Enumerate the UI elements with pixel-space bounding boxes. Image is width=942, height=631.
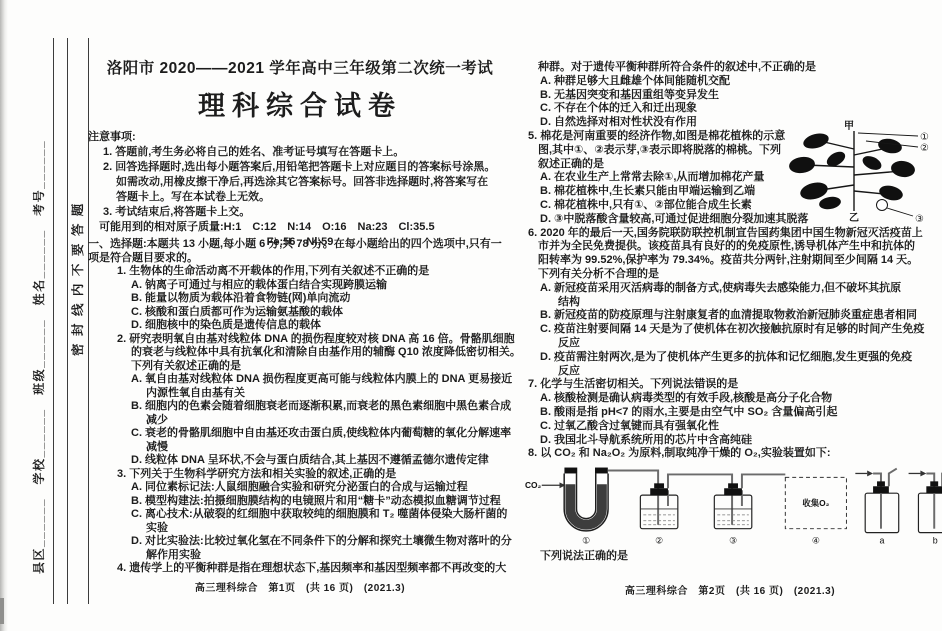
question-text-line: 4. 遗传学上的平衡种群是指在理想状态下,基因频率和基因型频率都不再改变的大 <box>117 562 512 576</box>
question-text-line: 市并为全民免费提供。该疫苗具有良好的的免疫原性,诱导机体产生中和抗体的 <box>538 240 942 254</box>
question-text-line: B. 无基因突变和基因重组等变异发生 <box>540 89 942 103</box>
question-text-line: D. 我国北斗导航系统所用的芯片中含高纯硅 <box>540 434 942 448</box>
seal-line <box>53 38 54 604</box>
question-text-line: B. 模型构建法:拍摄细胞膜结构的电镜照片和用“糖卡”动态模拟血糖调节过程 <box>131 495 512 509</box>
question-text-line: C. 离心技术:从破裂的红细胞中获取较纯的细胞膜和 T₂ 噬菌体侵染大肠杆菌的 <box>131 508 512 522</box>
question-text-line: B. 新冠疫苗的防疫原理与注射康复者的血清提取物救治新冠肺炎重症患者相同 <box>540 309 942 323</box>
question-text-line: C. 衰老的骨骼肌细胞中自由基还攻击蛋白质,使线粒体内葡萄糖的氧化分解速率 <box>131 427 512 441</box>
scan-edge-mark <box>0 598 4 624</box>
question-text-line: 6. 2020 年的最后一天,国务院联防联控机制宣告国药集团中国生物新冠灭活疫苗… <box>528 227 942 241</box>
u-tube <box>564 468 607 525</box>
question-text-line: A. 同位素标记法:人鼠细胞融合实验和研究分泌蛋白的合成与运输过程 <box>131 481 512 495</box>
student-info-fields: 县区______ 学校______ 班级______ 姓名______ 考号__… <box>30 94 47 574</box>
notice-line: 可能用到的相对原子质量:H:1 C:12 N:14 O:16 Na:23 Cl:… <box>99 220 512 235</box>
question-text-line: 3. 下列关于生物科学研究方法和相关实验的叙述,正确的是 <box>117 468 512 482</box>
notice-header: 注意事项: <box>88 130 512 145</box>
question-text-line: A. 氧自由基对线粒体 DNA 损伤程度更高可能与线粒体内膜上的 DNA 更易接… <box>131 373 512 387</box>
question-text-line: B. 酸雨是指 pH<7 的雨水,主要是由空气中 SO₂ 含量偏高引起 <box>540 406 942 420</box>
svg-text:①: ① <box>582 536 590 546</box>
question-text-line: 种群。对于遗传平衡种群所符合条件的叙述中,不正确的是 <box>538 61 942 75</box>
page-1: 洛阳市 2020——2021 学年高中三年级第二次统一考试 理科综合试卷 注意事… <box>88 52 512 612</box>
question-text-line: D. 对比实验法:比较过氧化氢在不同条件下的分解和探究土壤微生物对落叶的分 <box>131 535 512 549</box>
question-text-line: 7. 化学与生活密切相关。下列说法错误的是 <box>528 378 942 392</box>
question-text-line: B. 能量以物质为载体沿着食物链(网)单向流动 <box>131 292 512 306</box>
question-text-line: 阳转率为 99.52%,保护率为 79.34%。疫苗共分两针,注射期间至少间隔 … <box>538 254 942 268</box>
label-circle-3: ③ <box>915 214 924 223</box>
paper-title: 理科综合试卷 <box>88 84 512 123</box>
notice-section: 注意事项: 1. 答题前,考生务必将自己的姓名、准考证号填写在答题卡上。2. 回… <box>88 130 512 250</box>
question-text-line: 结构 <box>558 296 942 310</box>
question-text-line: A. 种群足够大且雌雄个体间能随机交配 <box>540 75 942 89</box>
question-text-line: 8. 以 CO₂ 和 Na₂O₂ 为原料,制取纯净干燥的 O₂,实验装置如下: <box>528 447 942 461</box>
notice-line: 3. 考试结束后,将答题卡上交。 <box>103 205 512 220</box>
question-text-line: A. 钠离子可通过与相应的载体蛋白结合实现跨膜运输 <box>131 279 512 293</box>
question-text-line: 的衰老与线粒体中具有抗氧化和清除自由基作用的辅酶 Q10 浓度降低密切相关。 <box>131 346 512 360</box>
label-yi: 乙 <box>849 212 859 223</box>
page1-footer: 高三理科综合 第1页 (共 16 页) (2021.3) <box>88 579 512 594</box>
question-text-line: 内源性氧自由基有关 <box>146 387 512 401</box>
question-text-line: 一、选择题:本题共 13 小题,每小题 6 分,共 78 分。在每小题给出的四个… <box>88 238 512 252</box>
notice-line: 答题卡上。写在本试卷上无效。 <box>116 190 512 205</box>
plant-leaves <box>788 131 916 211</box>
question-text-line: D. 细胞核中的染色质是遗传信息的载体 <box>131 319 512 333</box>
question8-prompt-line: 下列说法正确的是 <box>540 549 942 563</box>
label-jia: 甲 <box>844 120 854 132</box>
page2-footer: 高三理科综合 第2页 (共 16 页) (2021.3) <box>518 582 942 597</box>
page-2: 种群。对于遗传平衡种群所符合条件的叙述中,不正确的是A. 种群足够大且雌雄个体间… <box>518 55 942 615</box>
connecting-tube <box>608 471 658 525</box>
question-text-line: A. 核酸检测是确认病毒类型的有效手段,核酸是高分子化合物 <box>540 392 942 406</box>
cotton-plant-figure: 甲 乙 ① ② ③ <box>770 119 942 223</box>
collection-box-label: 收集O₂ <box>802 498 829 508</box>
experiment-apparatus-figure: CO₂ <box>524 463 942 549</box>
scan-edge-shadow <box>0 0 8 631</box>
question-text-line: B. 细胞内的色素会随着细胞衰老而逐渐积累,而衰老的黑色素细胞中黑色素合成 <box>131 400 512 414</box>
connecting-tube <box>742 475 785 489</box>
question-text-line: 下列有关叙述正确的是 <box>131 360 512 374</box>
gas-bottle-b <box>909 470 942 533</box>
question-text-line: 反应 <box>558 337 942 351</box>
apparatus-part-labels: ① ② ③ ④ a b <box>582 536 938 546</box>
question-text-line: D. 线粒体 DNA 呈环状,不会与蛋白质结合,其上基因不遵循孟德尔遗传定律 <box>131 454 512 468</box>
questions-page2: 种群。对于遗传平衡种群所符合条件的叙述中,不正确的是A. 种群足够大且雌雄个体间… <box>518 55 942 461</box>
label-circle-1: ① <box>920 132 929 143</box>
svg-text:a: a <box>879 536 884 546</box>
question-text-line: C. 疫苗注射要间隔 14 天是为了使机体在初次接触抗原时有足够的时间产生免疫 <box>540 323 942 337</box>
svg-text:b: b <box>933 536 938 546</box>
svg-text:④: ④ <box>812 536 820 546</box>
question-text-line: C. 过氧乙酸含过氧键而具有强氧化性 <box>540 420 942 434</box>
question-text-line: C. 核酸和蛋白质都可作为运输氨基酸的载体 <box>131 306 512 320</box>
notice-lines: 1. 答题前,考生务必将自己的姓名、准考证号填写在答题卡上。2. 回答选择题时,… <box>88 145 512 250</box>
label-circle-2: ② <box>920 143 929 154</box>
gas-inlet-label: CO₂ <box>525 480 542 490</box>
question-text-line: 实验 <box>146 522 512 536</box>
notice-line: 1. 答题前,考生务必将自己的姓名、准考证号填写在答题卡上。 <box>103 145 512 160</box>
question-text-line: 解作用实验 <box>146 549 512 563</box>
question-text-line: 1. 生物体的生命活动离不开载体的作用,下列有关叙述不正确的是 <box>117 265 512 279</box>
seal-notice-text: 密 封 线 内 不 要 答 题 <box>68 202 86 356</box>
exam-title: 洛阳市 2020——2021 学年高中三年级第二次统一考试 <box>88 56 512 78</box>
apparatus-drawing: CO₂ <box>524 463 942 549</box>
question-text-line: 下列有关分析不合理的是 <box>538 268 942 282</box>
question-text-line: A. 新冠疫苗采用灭活病毒的制备方式,使病毒失去感染能力,但不破坏其抗原 <box>540 282 942 296</box>
notice-line: 2. 回答选择题时,选出每小题答案后,用铅笔把答题卡上对应题目的答案标号涂黑。 <box>103 160 512 175</box>
svg-text:②: ② <box>655 536 663 546</box>
cotton-boll <box>877 200 888 211</box>
question-text-line: 2. 研究表明氧自由基对线粒体 DNA 的损伤程度较对核 DNA 高 16 倍。… <box>117 333 512 347</box>
question-text-line: C. 不存在个体的迁入和迁出现象 <box>540 102 942 116</box>
questions-page1: 一、选择题:本题共 13 小题,每小题 6 分,共 78 分。在每小题给出的四个… <box>88 238 512 576</box>
question-text-line: 减慢 <box>146 441 512 455</box>
exam-scan-sheet: 县区______ 学校______ 班级______ 姓名______ 考号__… <box>0 0 942 631</box>
question-text-line: 项是符合题目要求的。 <box>88 252 512 266</box>
question-text-line: 减少 <box>146 414 512 428</box>
svg-text:③: ③ <box>729 536 737 546</box>
notice-line: 如需改动,用橡皮擦干净后,再选涂其它答案标号。回答非选择题时,将答案写在 <box>116 175 512 190</box>
question-text-line: 反应 <box>558 365 942 379</box>
cotton-plant-drawing: 甲 乙 ① ② ③ <box>770 119 942 223</box>
gas-bottle-a <box>855 469 898 533</box>
question-text-line: D. 疫苗需注射两次,是为了使机体产生更多的抗体和记忆细胞,发生更强的免疫 <box>540 351 942 365</box>
